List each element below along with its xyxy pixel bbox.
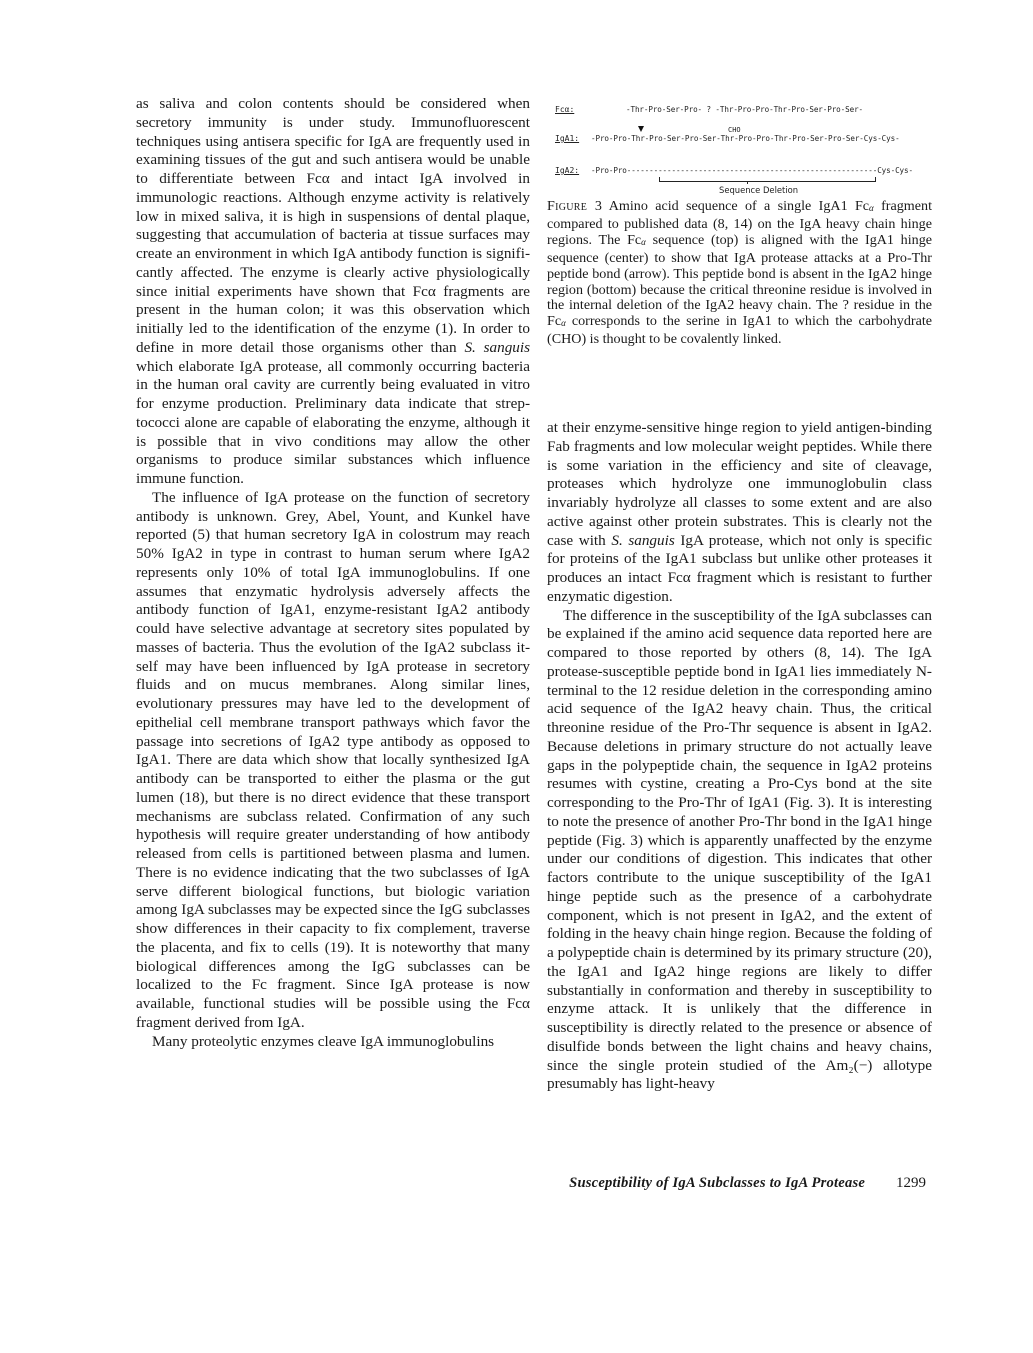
figure-3-sequence-alignment: Fcα: -Thr-Pro-Ser-Pro- ? -Thr-Pro-Pro-Th… (555, 98, 935, 194)
paragraph-text: at their enzyme-sensitive hinge region t… (547, 419, 932, 549)
iga2-sequence: -Pro-Pro--------------------------------… (591, 166, 913, 175)
iga1-label: IgA1: (555, 134, 579, 143)
iga2-label: IgA2: (555, 166, 579, 175)
caption-text: corresponds to the serine in IgA1 to whi… (547, 313, 932, 347)
cleavage-arrow-icon (638, 126, 644, 132)
deletion-bracket-icon (659, 177, 876, 182)
bracket-tick (747, 181, 748, 184)
page-number: 1299 (896, 1175, 926, 1192)
paragraph: at their enzyme-sensitive hinge region t… (547, 419, 932, 607)
paragraph: The influence of IgA protease on the fun… (136, 489, 530, 1033)
iga1-sequence: -Pro-Pro-Thr-Pro-Ser-Pro-Ser-Thr-Pro-Pro… (591, 134, 900, 143)
running-title: Susceptibility of IgA Subclasses to IgA … (517, 1175, 865, 1192)
species-name: S. sanguis (464, 339, 530, 356)
fc-alpha-sequence: -Thr-Pro-Ser-Pro- ? -Thr-Pro-Pro-Thr-Pro… (626, 105, 863, 114)
paragraph-text: which elaborate IgA protease, all common… (136, 358, 530, 488)
cho-label: CHO (728, 126, 741, 134)
figure-label: Figure 3 (547, 198, 602, 214)
sequence-deletion-label: Sequence Deletion (719, 185, 798, 195)
paragraph-text: as saliva and colon contents should be c… (136, 95, 530, 356)
fc-alpha-label: Fcα: (555, 105, 574, 114)
left-column: as saliva and colon contents should be c… (136, 95, 530, 1051)
figure-caption: Figure 3 Amino acid sequence of a single… (547, 199, 932, 348)
paragraph: as saliva and colon contents should be c… (136, 95, 530, 489)
paragraph: Many proteolytic enzymes cleave IgA immu… (136, 1033, 530, 1052)
species-name: S. sanguis (611, 532, 674, 549)
paragraph: The difference in the susceptibility of … (547, 607, 932, 1095)
caption-text: Amino acid sequence of a single IgA1 Fc (602, 198, 869, 214)
right-column: at their enzyme-sensitive hinge region t… (547, 419, 932, 1094)
